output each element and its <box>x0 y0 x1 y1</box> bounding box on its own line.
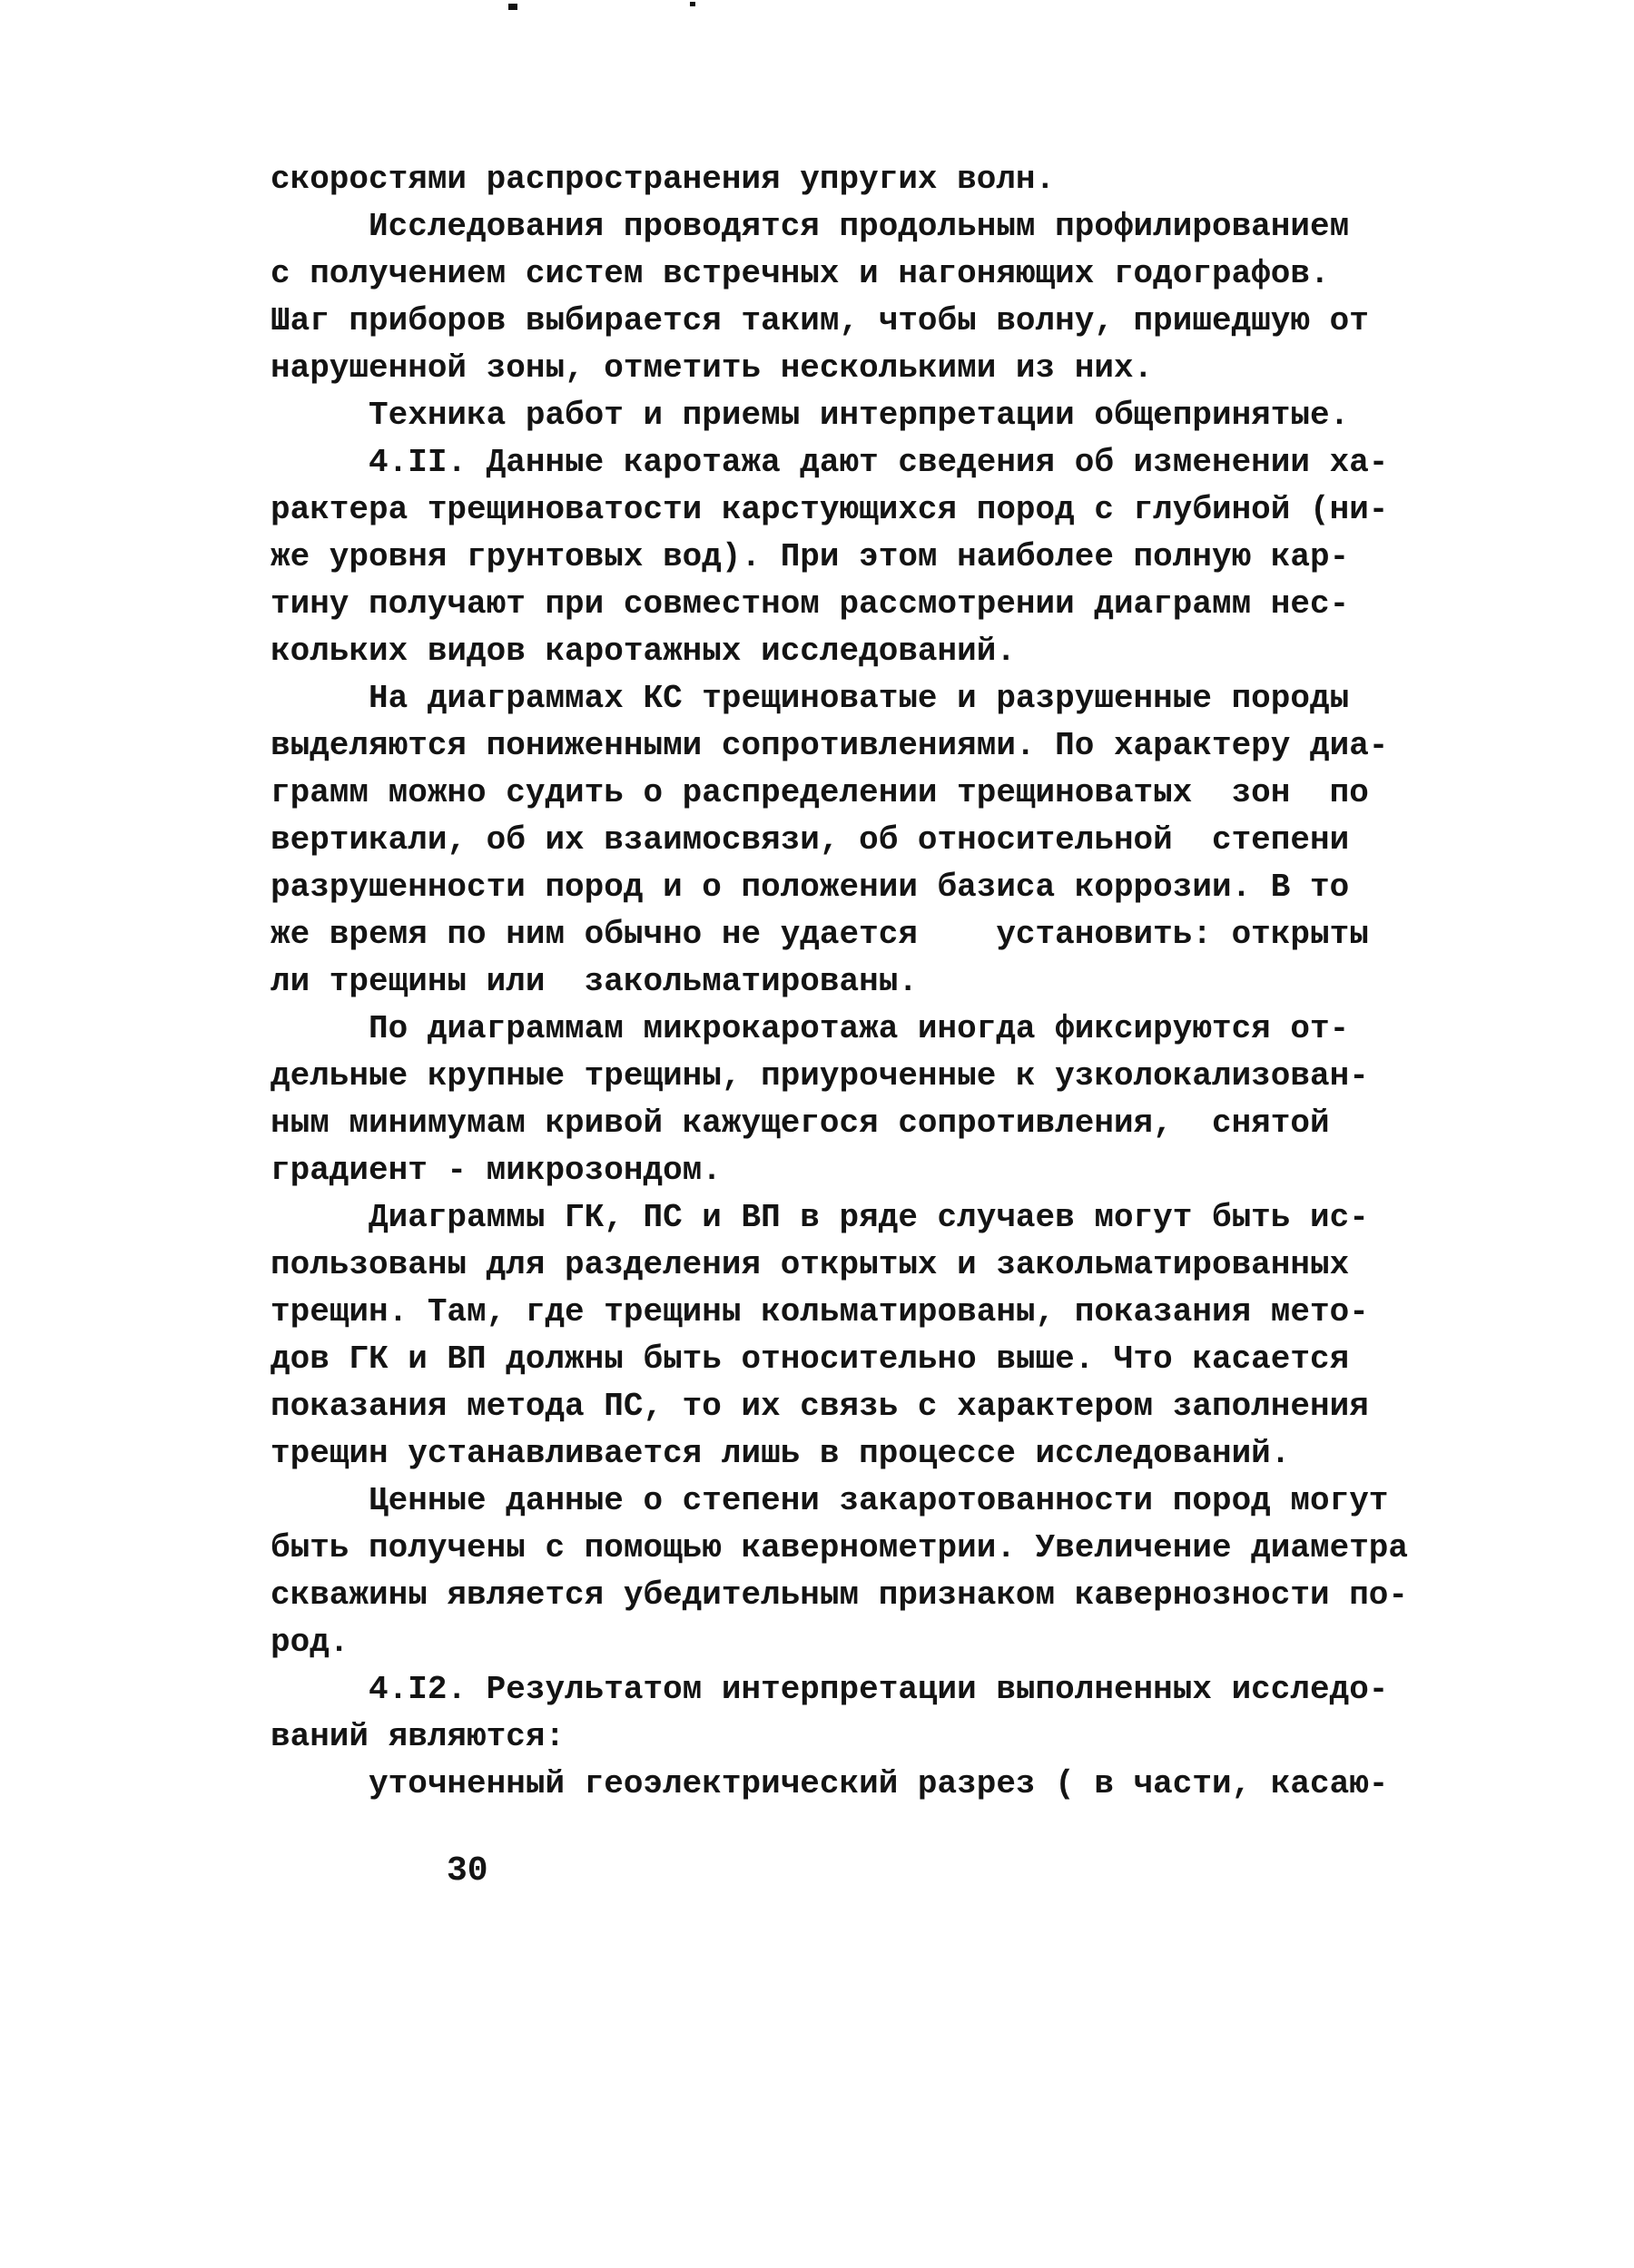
text-line: 4.I2. Результатом интерпретации выполнен… <box>271 1666 1451 1713</box>
text-line: градиент - микрозондом. <box>271 1147 1451 1194</box>
text-line: Исследования проводятся продольным профи… <box>271 203 1451 250</box>
text-line: Техника работ и приемы интерпретации общ… <box>271 392 1451 439</box>
text-line: же уровня грунтовых вод). При этом наибо… <box>271 534 1451 581</box>
text-line: трещин. Там, где трещины кольматированы,… <box>271 1289 1451 1336</box>
text-line: скоростями распространения упругих волн. <box>271 156 1451 203</box>
text-line: вертикали, об их взаимосвязи, об относит… <box>271 817 1451 864</box>
text-line: показания метода ПС, то их связь с харак… <box>271 1383 1451 1430</box>
text-line: с получением систем встречных и нагоняющ… <box>271 250 1451 298</box>
text-line: трещин устанавливается лишь в процессе и… <box>271 1430 1451 1478</box>
body-text: скоростями распространения упругих волн.… <box>271 156 1451 1808</box>
text-line: скважины является убедительным признаком… <box>271 1572 1451 1619</box>
text-line: ли трещины или закольматированы. <box>271 958 1451 1006</box>
text-line: кольких видов каротажных исследований. <box>271 628 1451 675</box>
document-page: скоростями распространения упругих волн.… <box>0 0 1634 2268</box>
text-line: выделяются пониженными сопротивлениями. … <box>271 722 1451 770</box>
text-line: Ценные данные о степени закаротованности… <box>271 1478 1451 1525</box>
scan-speck <box>508 4 517 10</box>
text-line: же время по ним обычно не удается устано… <box>271 911 1451 958</box>
text-line: дов ГК и ВП должны быть относительно выш… <box>271 1336 1451 1383</box>
text-line: нарушенной зоны, отметить несколькими из… <box>271 345 1451 392</box>
text-line: дельные крупные трещины, приуроченные к … <box>271 1053 1451 1100</box>
text-line: быть получены с помощью кавернометрии. У… <box>271 1525 1451 1572</box>
page-number: 30 <box>447 1851 488 1890</box>
text-line: тину получают при совместном рассмотрени… <box>271 581 1451 628</box>
text-line: род. <box>271 1619 1451 1666</box>
text-line: пользованы для разделения открытых и зак… <box>271 1242 1451 1289</box>
text-line: рактера трещиноватости карстующихся поро… <box>271 486 1451 534</box>
text-line: ным минимумам кривой кажущегося сопротив… <box>271 1100 1451 1147</box>
text-line: грамм можно судить о распределении трещи… <box>271 770 1451 817</box>
text-line: 4.II. Данные каротажа дают сведения об и… <box>271 439 1451 486</box>
text-line: разрушенности пород и о положении базиса… <box>271 864 1451 911</box>
text-line: Шаг приборов выбирается таким, чтобы вол… <box>271 298 1451 345</box>
text-line: На диаграммах КС трещиноватые и разрушен… <box>271 675 1451 722</box>
text-line: Диаграммы ГК, ПС и ВП в ряде случаев мог… <box>271 1194 1451 1242</box>
scan-speck <box>690 2 695 6</box>
text-line: По диаграммам микрокаротажа иногда фикси… <box>271 1006 1451 1053</box>
text-line: уточненный геоэлектрический разрез ( в ч… <box>271 1761 1451 1808</box>
text-line: ваний являются: <box>271 1713 1451 1761</box>
